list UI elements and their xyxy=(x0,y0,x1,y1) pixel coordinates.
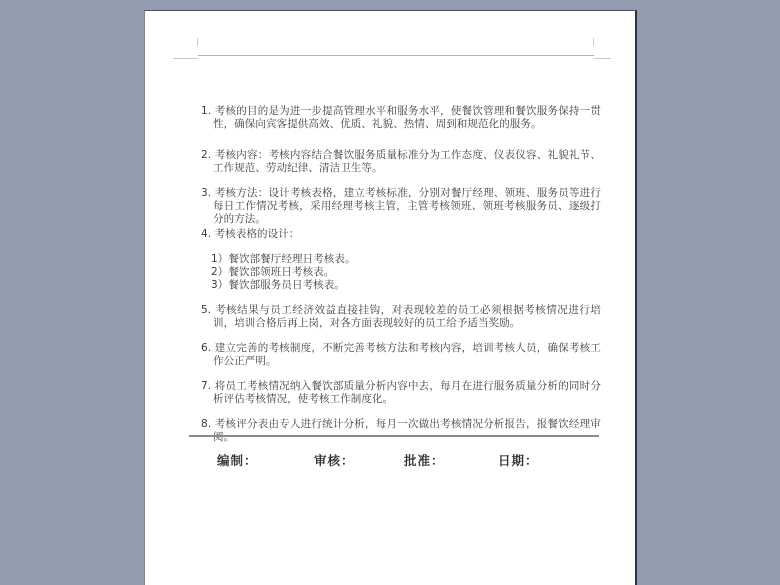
sub-item-3: 3）餐饮部服务员日考核表。 xyxy=(211,279,601,292)
header-rule-stub-left xyxy=(173,58,198,59)
paragraph-3: 3. 考核方法：设计考核表格，建立考核标准，分别对餐厅经理、领班、服务员等进行每… xyxy=(201,187,601,226)
paragraph-1: 1. 考核的目的是为进一步提高管理水平和服务水平，使餐饮管理和餐饮服务保持一贯性… xyxy=(201,105,601,131)
header-margin-mark-right xyxy=(593,38,594,46)
sub-item-2: 2）餐饮部领班日考核表。 xyxy=(211,266,601,279)
header-rule xyxy=(198,55,594,56)
paragraph-5: 5. 考核结果与员工经济效益直接挂钩，对表现较差的员工必须根据考核情况进行培训，… xyxy=(201,304,601,330)
approved-by-label: 批准： xyxy=(404,451,445,469)
date-label: 日期： xyxy=(498,451,539,469)
sub-item-1: 1）餐饮部餐厅经理日考核表。 xyxy=(211,253,601,266)
paragraph-4: 4. 考核表格的设计： xyxy=(201,228,601,241)
footer-rule xyxy=(189,435,599,437)
header-margin-mark-left xyxy=(197,38,198,46)
paragraph-6: 6. 建立完善的考核制度，不断完善考核方法和考核内容，培训考核人员，确保考核工作… xyxy=(201,342,601,368)
header-rule-stub-right xyxy=(594,58,611,59)
paragraph-2: 2. 考核内容：考核内容结合餐饮服务质量标准分为工作态度、仪表仪容、礼貌礼节、工… xyxy=(201,149,601,175)
sub-item-list: 1）餐饮部餐厅经理日考核表。 2）餐饮部领班日考核表。 3）餐饮部服务员日考核表… xyxy=(211,253,601,292)
document-page: 1. 考核的目的是为进一步提高管理水平和服务水平，使餐饮管理和餐饮服务保持一贯性… xyxy=(144,10,637,585)
document-body: 1. 考核的目的是为进一步提高管理水平和服务水平，使餐饮管理和餐饮服务保持一贯性… xyxy=(201,105,601,456)
prepared-by-label: 编制： xyxy=(217,451,258,469)
app-background: { "window": { "background_color": "#939b… xyxy=(0,0,780,585)
reviewed-by-label: 审核： xyxy=(314,451,355,469)
paragraph-8: 8. 考核评分表由专人进行统计分析，每月一次做出考核情况分析报告，报餐饮经理审阅… xyxy=(201,418,601,444)
paragraph-7: 7. 将员工考核情况纳入餐饮部质量分析内容中去，每月在进行服务质量分析的同时分析… xyxy=(201,380,601,406)
